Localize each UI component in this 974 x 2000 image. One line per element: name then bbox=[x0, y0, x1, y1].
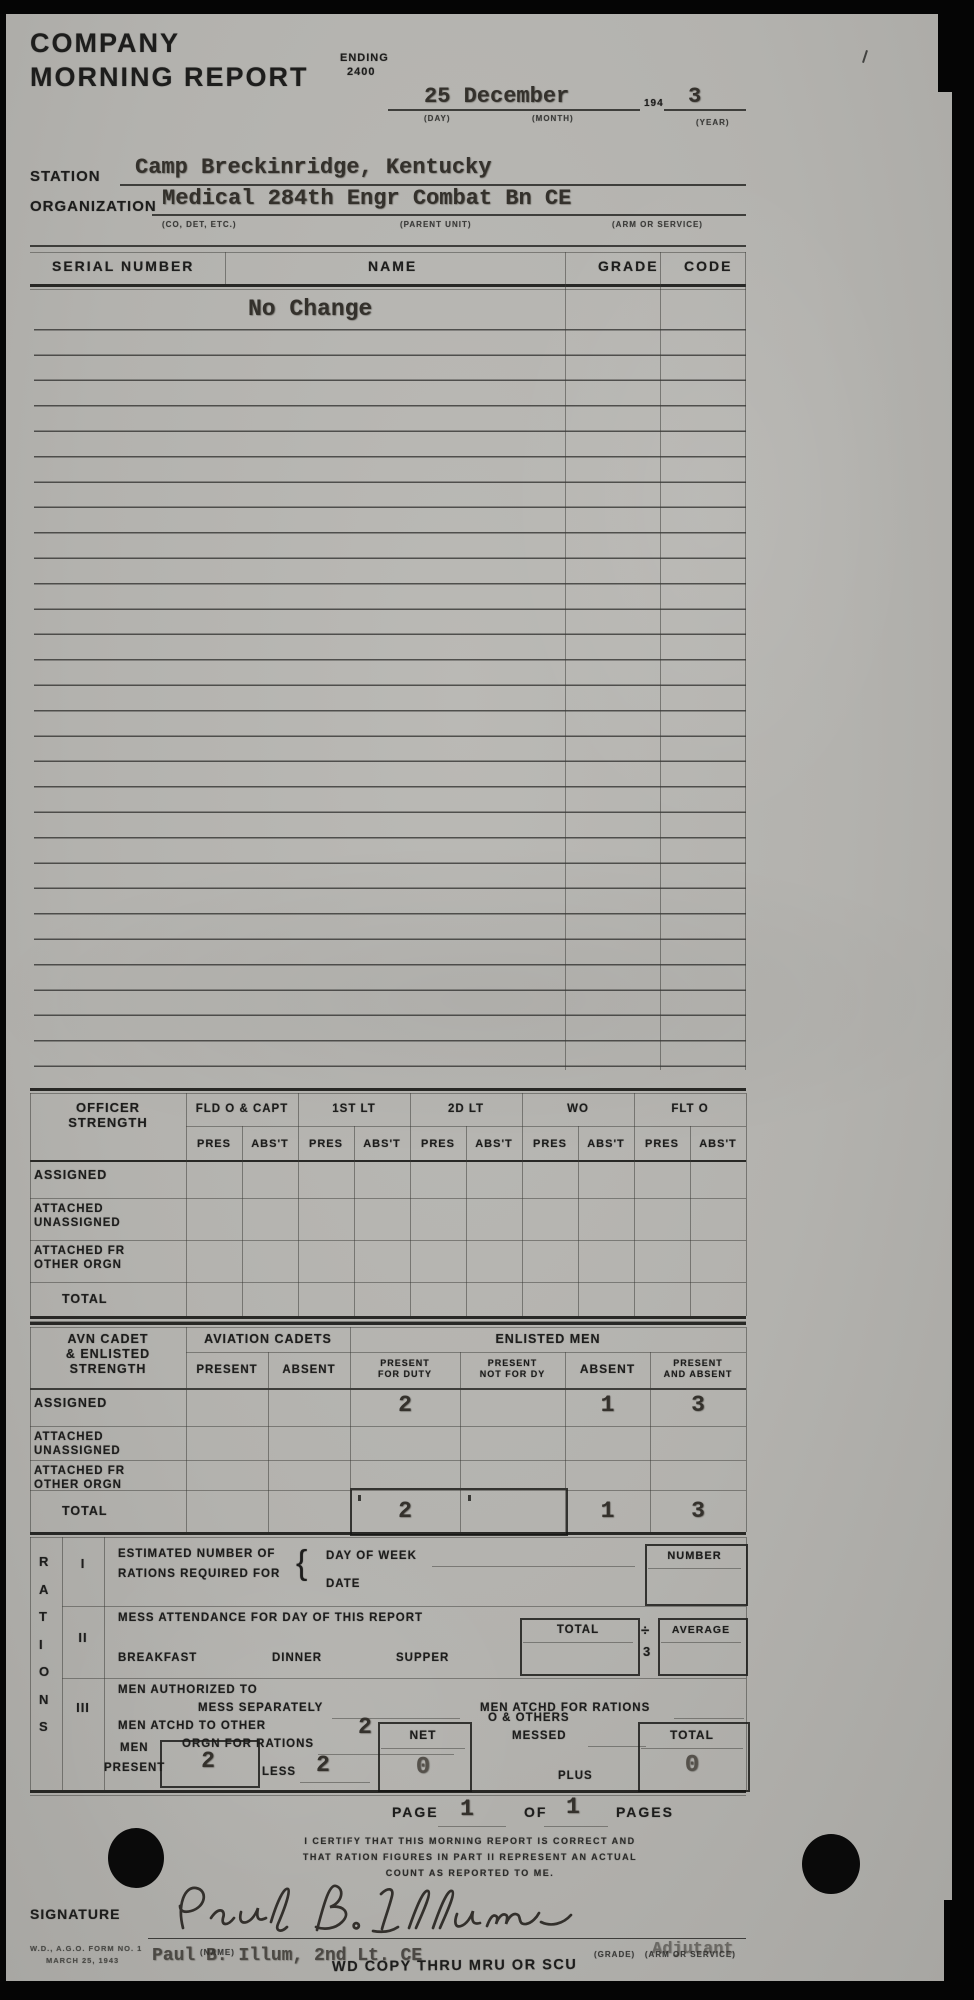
rations-numeral-i: I bbox=[62, 1556, 104, 1571]
form-number-line2: MARCH 25, 1943 bbox=[46, 1956, 119, 1965]
scanned-morning-report: { "colors": {"paper": "#b3b2ae", "ink": … bbox=[0, 0, 974, 2000]
roster-grade-divider bbox=[565, 252, 566, 1070]
of-label: OF bbox=[524, 1804, 547, 1820]
day-of-week-label: DAY OF WEEK bbox=[326, 1550, 417, 1562]
year-caption: (YEAR) bbox=[696, 118, 730, 127]
officer-row-attached-fr: ATTACHED FR OTHER ORGN bbox=[34, 1244, 125, 1272]
net-typed-value: 0 bbox=[378, 1754, 468, 1781]
ending-time: 2400 bbox=[347, 66, 375, 78]
officer-sub-abst: ABS'T bbox=[466, 1138, 522, 1150]
rations-total-typed-value: 0 bbox=[638, 1752, 746, 1779]
date-underline bbox=[388, 109, 640, 111]
roster-col-serial: SERIAL NUMBER bbox=[52, 258, 194, 274]
form-title-line1: COMPANY bbox=[30, 28, 180, 59]
officer-col-line bbox=[746, 1093, 747, 1316]
breakfast-label: BREAKFAST bbox=[118, 1652, 197, 1664]
men-label: MEN bbox=[120, 1742, 149, 1754]
officer-sub-abst: ABS'T bbox=[578, 1138, 634, 1150]
rations-numeral-ii: II bbox=[62, 1630, 104, 1645]
cadets-sub-absent: ABSENT bbox=[268, 1364, 350, 1376]
scan-edge-right-bottom bbox=[944, 1900, 974, 2000]
officer-col-line bbox=[634, 1093, 635, 1316]
assigned-present-and-absent-value: 3 bbox=[650, 1392, 746, 1418]
enlisted-row-rule bbox=[30, 1426, 746, 1427]
organization-typed-value: Medical 284th Engr Combat Bn CE bbox=[162, 186, 571, 211]
officer-group-1stlt: 1ST LT bbox=[298, 1103, 410, 1115]
officer-row-total: TOTAL bbox=[62, 1292, 108, 1306]
net-label: NET bbox=[378, 1728, 468, 1742]
enlisted-col-line bbox=[350, 1327, 351, 1532]
supper-label: SUPPER bbox=[396, 1652, 449, 1664]
month-caption: (MONTH) bbox=[532, 114, 574, 123]
wd-copy-note: WD COPY THRU MRU OR SCU bbox=[332, 1957, 577, 1975]
enlisted-col-line bbox=[565, 1352, 566, 1532]
total-absent-value: 1 bbox=[565, 1498, 650, 1524]
page-label: PAGE bbox=[392, 1804, 439, 1820]
aviation-cadets-group: AVIATION CADETS bbox=[186, 1332, 350, 1346]
officer-sub-abst: ABS'T bbox=[242, 1138, 298, 1150]
rations-bottom-rule2 bbox=[30, 1795, 746, 1796]
organization-label: ORGANIZATION bbox=[30, 198, 157, 215]
enlisted-sub-present-for-duty: PRESENT FOR DUTY bbox=[350, 1358, 460, 1380]
rations-ii-rule bbox=[62, 1678, 746, 1679]
org-parent-caption: (PARENT UNIT) bbox=[400, 220, 472, 229]
divide-sign: ÷ bbox=[641, 1622, 650, 1639]
enlisted-row-total: TOTAL bbox=[62, 1504, 108, 1518]
roster-col-grade: GRADE bbox=[598, 258, 659, 274]
enlisted-row-attached-unassigned: ATTACHED UNASSIGNED bbox=[34, 1430, 121, 1458]
roster-blank-lines bbox=[34, 305, 746, 1070]
men-present-typed-value: 2 bbox=[160, 1748, 256, 1774]
pages-label: PAGES bbox=[616, 1804, 674, 1820]
officer-table-top bbox=[30, 1088, 746, 1091]
enlisted-row-assigned: ASSIGNED bbox=[34, 1396, 107, 1410]
enlisted-table-bottom2 bbox=[30, 1537, 746, 1538]
rations-i-line1: ESTIMATED NUMBER OF bbox=[118, 1548, 275, 1560]
rations-vertical-label: R A T I O N S bbox=[39, 1548, 50, 1741]
officer-col-line bbox=[298, 1093, 299, 1316]
men-atchd-other-label1: MEN ATCHD TO OTHER bbox=[118, 1720, 266, 1732]
mess-total-label: TOTAL bbox=[520, 1624, 636, 1636]
page-number-underline bbox=[438, 1826, 506, 1827]
ending-label: ENDING bbox=[340, 52, 389, 64]
enlisted-col-line bbox=[268, 1352, 269, 1532]
men-atchd-rations-underline bbox=[674, 1718, 744, 1719]
year-typed-value: 3 bbox=[688, 84, 701, 109]
rations-letter-divider bbox=[62, 1537, 63, 1790]
men-authorized-label: MEN AUTHORIZED TO bbox=[118, 1684, 258, 1696]
total-present-and-absent-value: 3 bbox=[650, 1498, 746, 1524]
year-underline bbox=[664, 109, 746, 111]
o-and-others-label: O & OTHERS bbox=[488, 1712, 570, 1724]
station-label: STATION bbox=[30, 168, 101, 185]
scan-edge-top bbox=[0, 0, 974, 14]
cadets-sub-present: PRESENT bbox=[186, 1364, 268, 1376]
present-label: PRESENT bbox=[104, 1762, 165, 1774]
officer-subcol-line bbox=[242, 1126, 243, 1316]
day-caption: (DAY) bbox=[424, 114, 450, 123]
enlisted-sub-present-not-for-duty: PRESENT NOT FOR DY bbox=[460, 1358, 565, 1380]
officer-subcol-line bbox=[354, 1126, 355, 1316]
average-label: AVERAGE bbox=[658, 1624, 744, 1636]
scan-edge-right bbox=[952, 0, 974, 2000]
plus-label: PLUS bbox=[558, 1770, 593, 1782]
typed-role-value: Adjutant bbox=[652, 1940, 734, 1959]
officer-group-wo: WO bbox=[522, 1103, 634, 1115]
roster-top-rule bbox=[30, 245, 746, 247]
officer-strength-title: OFFICER STRENGTH bbox=[30, 1100, 186, 1130]
enlisted-col-line bbox=[746, 1327, 747, 1532]
enlisted-col-line bbox=[460, 1352, 461, 1532]
rations-bottom-rule bbox=[30, 1790, 746, 1793]
enlisted-strength-title: AVN CADET & ENLISTED STRENGTH bbox=[30, 1332, 186, 1377]
enlisted-subheader-rule bbox=[30, 1388, 746, 1390]
rations-i-rule bbox=[62, 1606, 746, 1607]
enlisted-table-top bbox=[30, 1322, 746, 1325]
messed-label: MESSED bbox=[512, 1730, 567, 1742]
officer-row-rule bbox=[30, 1198, 746, 1199]
divisor-three: 3 bbox=[643, 1644, 651, 1659]
form-title-line2: MORNING REPORT bbox=[30, 62, 309, 93]
officer-sub-pres: PRES bbox=[522, 1138, 578, 1150]
year-printed: 194 bbox=[644, 98, 664, 109]
enlisted-col-line bbox=[186, 1327, 187, 1532]
officer-col-line bbox=[522, 1093, 523, 1316]
net-divider bbox=[381, 1748, 465, 1749]
officer-sub-pres: PRES bbox=[186, 1138, 242, 1150]
pages-number-underline bbox=[544, 1826, 608, 1827]
officer-sub-pres: PRES bbox=[298, 1138, 354, 1150]
roster-top-rule2 bbox=[30, 252, 746, 253]
mess-total-divider bbox=[523, 1642, 633, 1643]
enlisted-sub-present-and-absent: PRESENT AND ABSENT bbox=[650, 1358, 746, 1380]
organization-underline bbox=[152, 214, 746, 216]
officer-group-flto: FLT O bbox=[634, 1103, 746, 1115]
scan-edge-bottom bbox=[0, 1982, 974, 2000]
officer-table-bottom bbox=[30, 1316, 746, 1319]
enlisted-group-rule bbox=[186, 1352, 746, 1353]
enlisted-row-attached-fr: ATTACHED FR OTHER ORGN bbox=[34, 1464, 125, 1492]
enlisted-col-line bbox=[650, 1352, 651, 1532]
rations-outer-left bbox=[30, 1537, 31, 1790]
officer-sub-abst: ABS'T bbox=[354, 1138, 410, 1150]
officer-subheader-rule bbox=[30, 1160, 746, 1162]
roster-serial-divider bbox=[225, 252, 226, 284]
assigned-present-for-duty-value: 2 bbox=[350, 1392, 460, 1418]
less-label: LESS bbox=[262, 1766, 296, 1778]
day-of-week-underline bbox=[432, 1566, 635, 1567]
officer-table-top2 bbox=[30, 1093, 746, 1094]
enlisted-table-bottom bbox=[30, 1532, 746, 1535]
officer-sub-pres: PRES bbox=[410, 1138, 466, 1150]
officer-group-fldo: FLD O & CAPT bbox=[186, 1103, 298, 1115]
certification-line1: I CERTIFY THAT THIS MORNING REPORT IS CO… bbox=[230, 1836, 710, 1846]
signature-label: SIGNATURE bbox=[30, 1906, 120, 1922]
date-label: DATE bbox=[326, 1578, 360, 1590]
assigned-absent-value: 1 bbox=[565, 1392, 650, 1418]
roster-right-edge bbox=[745, 252, 746, 1070]
rations-i-brace: { bbox=[296, 1544, 308, 1583]
rations-numeral-divider bbox=[104, 1537, 105, 1790]
roster-col-code: CODE bbox=[684, 258, 732, 274]
punch-hole-left bbox=[108, 1828, 164, 1888]
number-box-label: NUMBER bbox=[645, 1550, 744, 1562]
rations-i-line2: RATIONS REQUIRED FOR bbox=[118, 1568, 280, 1580]
pages-number-value: 1 bbox=[566, 1794, 580, 1820]
number-box-divider bbox=[648, 1568, 741, 1569]
atchd-other-typed-value: 2 bbox=[358, 1714, 372, 1740]
enlisted-sub-absent: ABSENT bbox=[565, 1362, 650, 1376]
officer-col-line bbox=[30, 1093, 31, 1316]
officer-row-rule bbox=[30, 1240, 746, 1241]
org-unit-caption: (CO, DET, ETC.) bbox=[162, 220, 237, 229]
officer-subcol-line bbox=[690, 1126, 691, 1316]
officer-col-line bbox=[410, 1093, 411, 1316]
roster-col-name: NAME bbox=[368, 258, 417, 274]
mess-separately-label: MESS SEPARATELY bbox=[198, 1702, 323, 1714]
total-present-for-duty-value: 2 bbox=[350, 1498, 460, 1524]
less-typed-value: 2 bbox=[316, 1752, 330, 1778]
punch-hole-right bbox=[802, 1834, 860, 1894]
org-arm-caption: (ARM OR SERVICE) bbox=[612, 220, 703, 229]
officer-subcol-line bbox=[578, 1126, 579, 1316]
enlisted-col-line bbox=[30, 1327, 31, 1532]
rations-total-label: TOTAL bbox=[638, 1728, 746, 1742]
officer-group-2dlt: 2D LT bbox=[410, 1103, 522, 1115]
enlisted-row-rule bbox=[30, 1460, 746, 1461]
rations-numeral-iii: III bbox=[62, 1700, 104, 1715]
officer-row-attached-unassigned: ATTACHED UNASSIGNED bbox=[34, 1202, 121, 1230]
roster-header-rule2 bbox=[30, 289, 746, 290]
rations-total-divider bbox=[641, 1748, 743, 1749]
enlisted-table-top2 bbox=[30, 1327, 746, 1328]
average-divider bbox=[661, 1642, 741, 1643]
roster-code-divider bbox=[660, 252, 661, 1070]
officer-sub-pres: PRES bbox=[634, 1138, 690, 1150]
enlisted-men-group: ENLISTED MEN bbox=[350, 1332, 746, 1346]
signature-handwriting bbox=[165, 1876, 575, 1942]
officer-sub-abst: ABS'T bbox=[690, 1138, 746, 1150]
dinner-label: DINNER bbox=[272, 1652, 322, 1664]
scan-edge-right-top bbox=[938, 0, 974, 92]
form-number-line1: W.D., A.G.O. FORM NO. 1 bbox=[30, 1944, 142, 1953]
page-number-value: 1 bbox=[460, 1796, 474, 1822]
officer-subcol-line bbox=[466, 1126, 467, 1316]
officer-row-rule bbox=[30, 1282, 746, 1283]
officer-col-line bbox=[186, 1093, 187, 1316]
certification-line2: THAT RATION FIGURES IN PART II REPRESENT… bbox=[230, 1852, 710, 1862]
officer-row-assigned: ASSIGNED bbox=[34, 1168, 107, 1182]
mess-separately-underline bbox=[332, 1718, 460, 1719]
date-typed-value: 25 December bbox=[424, 84, 569, 109]
less-underline bbox=[300, 1782, 370, 1783]
station-typed-value: Camp Breckinridge, Kentucky bbox=[135, 155, 491, 180]
roster-header-rule bbox=[30, 284, 746, 287]
mess-attendance-label: MESS ATTENDANCE FOR DAY OF THIS REPORT bbox=[118, 1612, 423, 1624]
